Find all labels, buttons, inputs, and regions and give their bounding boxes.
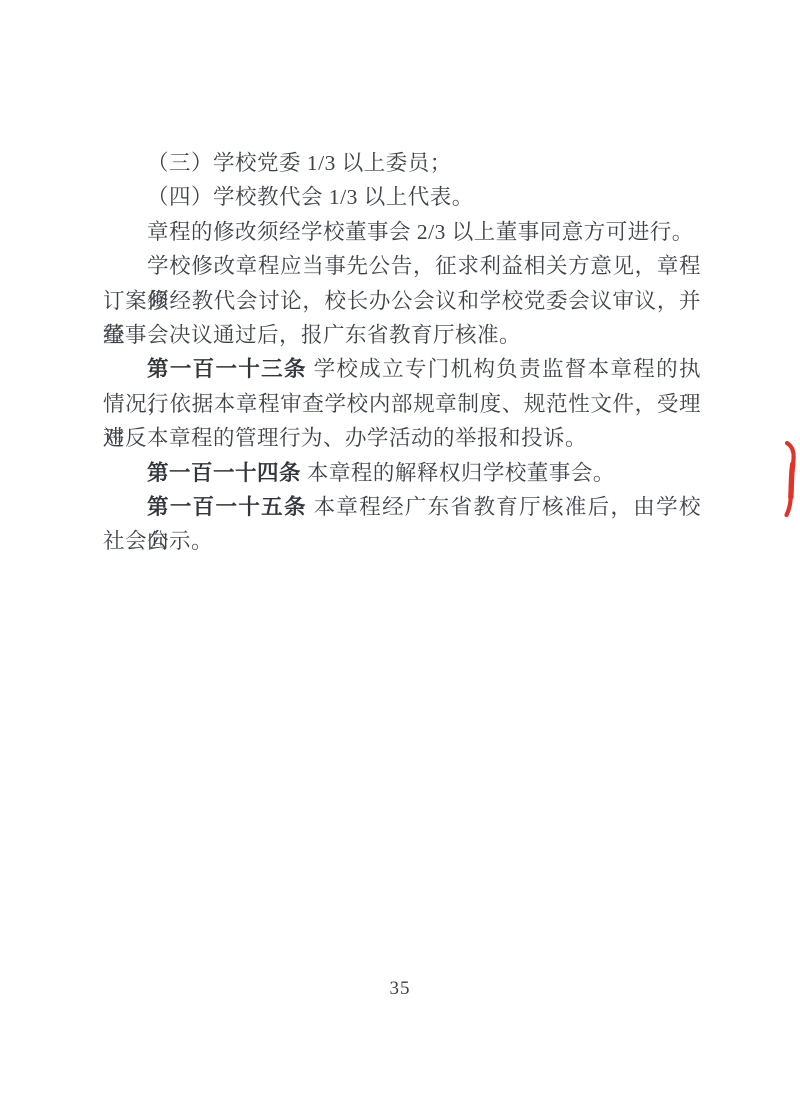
text-segment: 社会公示。 — [103, 529, 213, 553]
text-line: 情况，依据本章程审查学校内部规章制度、规范性文件，受理对 — [103, 387, 701, 421]
text-line: 章程的修改须经学校董事会 2/3 以上董事同意方可进行。 — [103, 215, 701, 249]
text-line: 学校修改章程应当事先公告，征求利益相关方意见，章程修 — [103, 249, 701, 283]
text-line: 第一百一十三条 学校成立专门机构负责监督本章程的执行 — [103, 352, 701, 386]
text-segment: 违反本章程的管理行为、办学活动的举报和投诉。 — [103, 426, 587, 450]
article-number: 第一百一十四条 — [147, 461, 301, 485]
text-segment: 章程的修改须经学校董事会 2/3 以上董事同意方可进行。 — [147, 220, 694, 244]
text-line: 第一百一十五条 本章程经广东省教育厅核准后，由学校向 — [103, 490, 701, 524]
text-line: 违反本章程的管理行为、办学活动的举报和投诉。 — [103, 421, 701, 455]
text-segment: 董事会决议通过后，报广东省教育厅核准。 — [103, 323, 521, 347]
text-line: 社会公示。 — [103, 524, 701, 558]
text-segment: 本章程的解释权归学校董事会。 — [301, 461, 615, 485]
text-segment: （三）学校党委 1/3 以上委员； — [147, 151, 452, 175]
article-number: 第一百一十五条 — [147, 495, 307, 519]
text-line: 第一百一十四条 本章程的解释权归学校董事会。 — [103, 456, 701, 490]
text-line: 董事会决议通过后，报广东省教育厅核准。 — [103, 318, 701, 352]
text-segment: （四）学校教代会 1/3 以上代表。 — [147, 185, 474, 209]
document-body: （三）学校党委 1/3 以上委员；（四）学校教代会 1/3 以上代表。章程的修改… — [103, 146, 701, 559]
red-pen-stroke-icon — [777, 440, 800, 518]
page-number: 35 — [0, 978, 800, 1000]
article-number: 第一百一十三条 — [147, 357, 307, 381]
text-line: 订案须经教代会讨论，校长办公会议和学校党委会议审议，并经 — [103, 284, 701, 318]
text-line: （三）学校党委 1/3 以上委员； — [103, 146, 701, 180]
text-line: （四）学校教代会 1/3 以上代表。 — [103, 180, 701, 214]
document-page: （三）学校党委 1/3 以上委员；（四）学校教代会 1/3 以上代表。章程的修改… — [0, 0, 800, 1113]
